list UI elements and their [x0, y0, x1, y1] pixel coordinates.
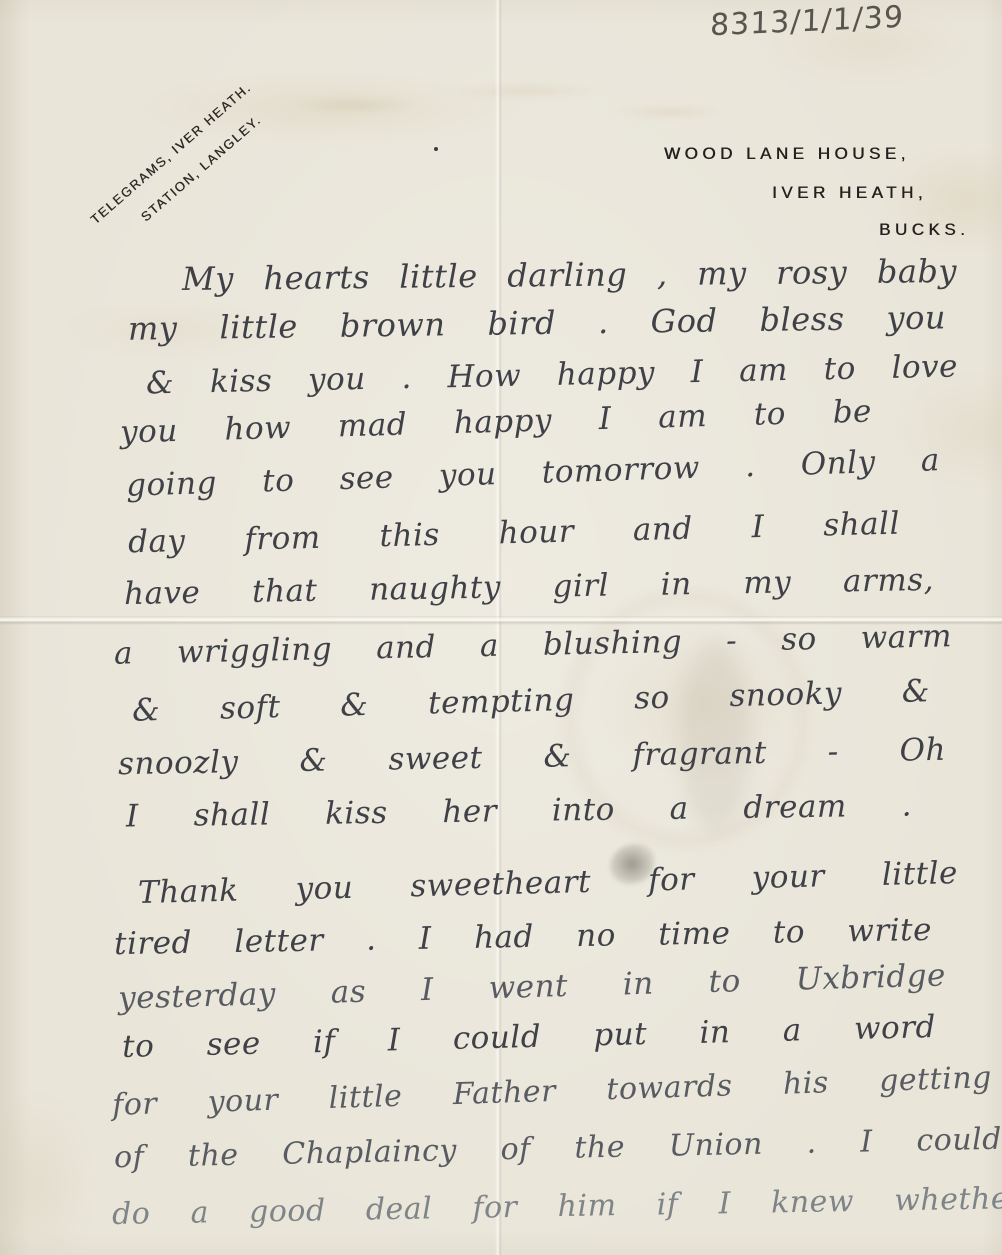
archive-reference-number: 8313/1/1/39	[710, 0, 905, 43]
letter-line: going to see you tomorrow . Only a	[126, 443, 941, 503]
letter-line: Thank you sweetheart for your little	[138, 856, 959, 910]
letter-line: day from this hour and I shall	[128, 507, 901, 560]
letter-line: to see if I could put in a word	[122, 1010, 937, 1064]
letterhead-town-line: IVER HEATH,	[772, 183, 927, 203]
letterhead-house-line: WOOD LANE HOUSE,	[664, 144, 910, 164]
letter-line: tired letter . I had no time to write	[114, 913, 932, 961]
letterhead-county-line: BUCKS.	[879, 220, 969, 240]
telegrams-letterhead: TELEGRAMS, IVER HEATH. STATION, LANGLEY.	[68, 61, 294, 270]
letter-line: a wriggling and a blushing - so warm	[114, 619, 953, 671]
letter-line: I shall kiss her into a dream .	[126, 789, 912, 834]
letter-line: for your little Father towards his getti…	[112, 1061, 993, 1122]
letter-line: & soft & tempting so snooky &	[132, 674, 931, 728]
letter-line: yesterday as I went in to Uxbridge	[118, 958, 947, 1015]
letter-line: & kiss you . How happy I am to love	[146, 350, 959, 401]
letter-line: of the Chaplaincy of the Union . I could	[114, 1123, 1002, 1175]
letter-line: my little brown bird . God bless you	[128, 300, 946, 347]
ink-speck	[434, 147, 438, 151]
letter-page: 8313/1/1/39 TELEGRAMS, IVER HEATH. STATI…	[0, 0, 1002, 1255]
letter-line: My hearts little darling , my rosy baby	[182, 254, 957, 297]
letter-line: do a good deal for him if I knew whether	[112, 1182, 1002, 1231]
letter-line: snoozly & sweet & fragrant - Oh	[118, 733, 946, 782]
letter-line: have that naughty girl in my arms,	[124, 563, 934, 611]
